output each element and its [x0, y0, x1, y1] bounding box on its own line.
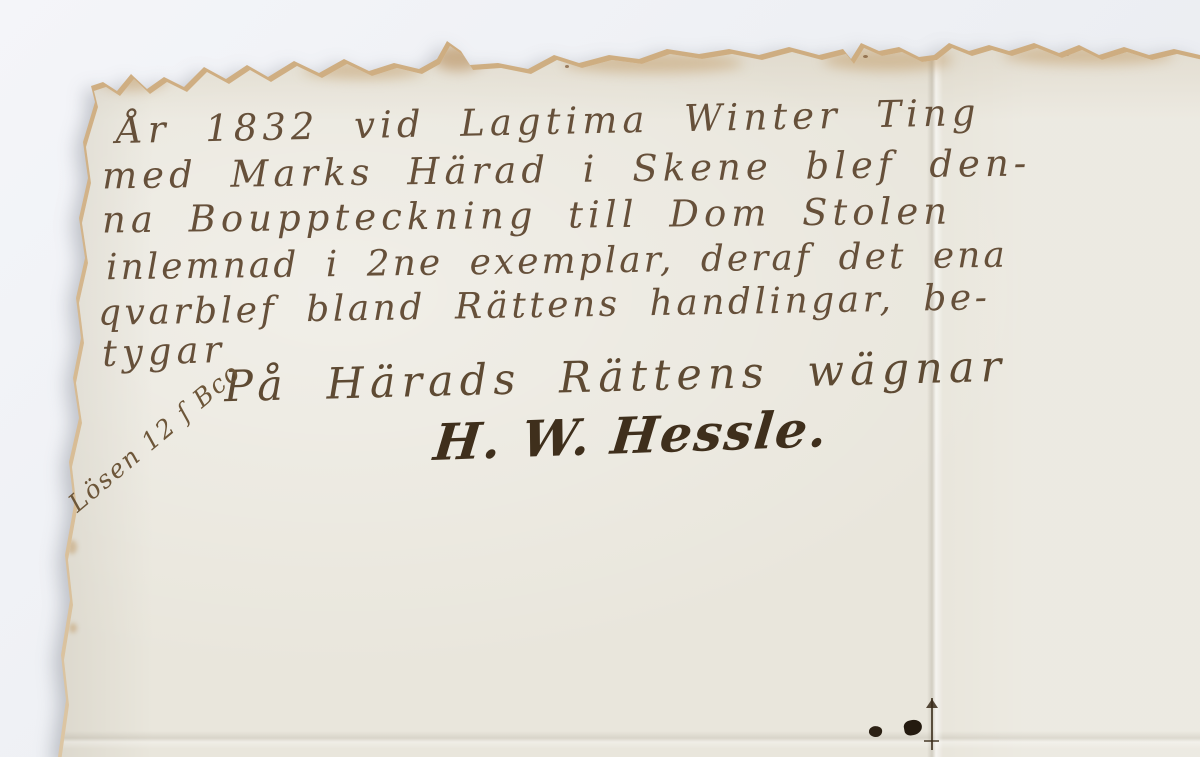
- handwritten-line-6: tygar: [101, 328, 227, 375]
- handwritten-line-2: med Marks Härad i Skene blef den-: [102, 142, 1032, 198]
- photograph-of-document: År 1832 vid Lagtima Winter Ting med Mark…: [0, 0, 1200, 757]
- handwritten-line-1: År 1832 vid Lagtima Winter Ting: [116, 91, 981, 152]
- margin-note-fee: Lösen 12 ſ Bco: [63, 357, 247, 518]
- signature: H. W. Hessle.: [431, 399, 832, 472]
- handwritten-line-3: na Bouppteckning till Dom Stolen: [102, 190, 953, 242]
- handwritten-text: År 1832 vid Lagtima Winter Ting med Mark…: [0, 0, 1200, 757]
- closing-formula: På Härads Rättens wägnar: [223, 342, 1007, 412]
